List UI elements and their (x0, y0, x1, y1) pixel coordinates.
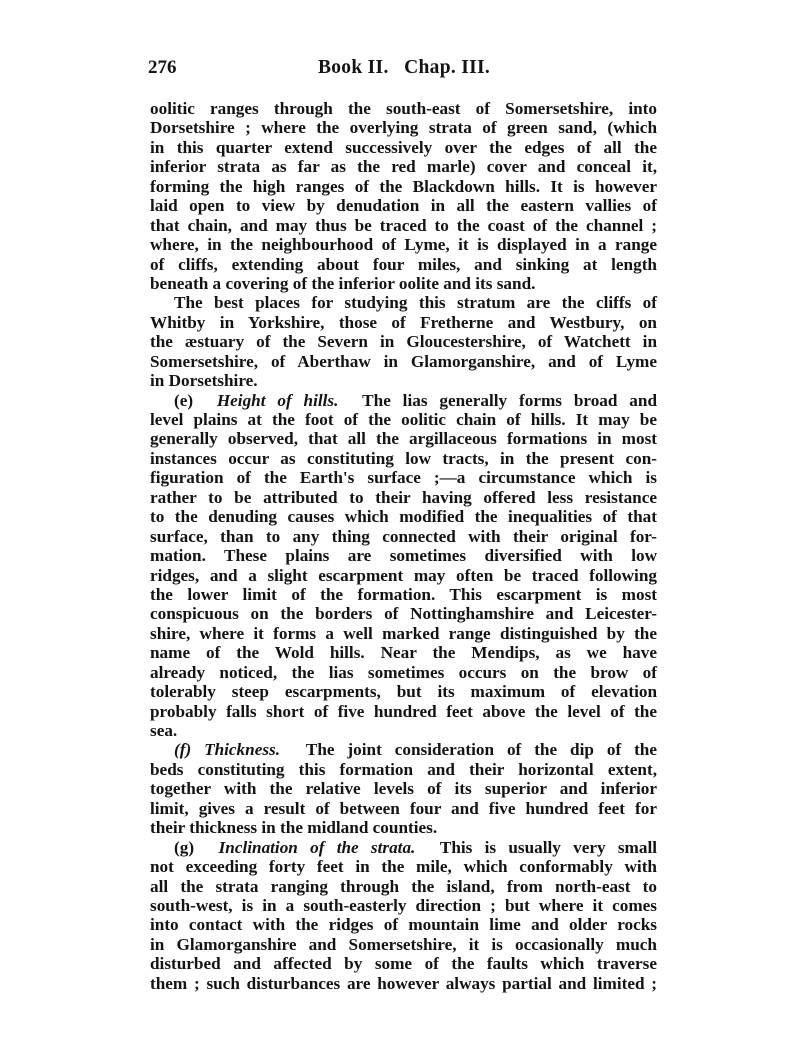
text-line: them ; such disturbances are however alw… (150, 974, 657, 993)
text-line: name of the Wold hills. Near the Mendips… (150, 643, 657, 662)
text-line: in Glamorganshire and Somersetshire, it … (150, 935, 657, 954)
text-line: already noticed, the lias sometimes occu… (150, 663, 657, 682)
section-f-heading-line: (f) Thickness. The joint consideration o… (150, 740, 657, 759)
section-text: The joint consideration of the dip of th… (306, 740, 657, 759)
text-line: Whitby in Yorkshire, those of Fretherne … (150, 313, 657, 332)
text-line: figuration of the Earth's surface ;—a ci… (150, 468, 657, 487)
text-line: not exceeding forty feet in the mile, wh… (150, 857, 657, 876)
book-page: 276 Book II. Chap. III. oolitic ranges t… (0, 0, 800, 1050)
text-line: oolitic ranges through the south-east of… (150, 99, 657, 118)
text-line: beds constituting this formation and the… (150, 760, 657, 779)
text-line: into contact with the ridges of mountain… (150, 915, 657, 934)
section-g-heading-line: (g) Inclination of the strata. This is u… (150, 838, 657, 857)
text-line: mation. These plains are sometimes diver… (150, 546, 657, 565)
text-line: beneath a covering of the inferior oolit… (150, 274, 657, 293)
section-label: (g) (174, 838, 194, 857)
text-line: conspicuous on the borders of Nottingham… (150, 604, 657, 623)
text-line: in this quarter extend successively over… (150, 138, 657, 157)
body-text: oolitic ranges through the south-east of… (150, 99, 657, 993)
text-line: tolerably steep escarpments, but its max… (150, 682, 657, 701)
text-line: all the strata ranging through the islan… (150, 877, 657, 896)
text-line: instances occur as constituting low trac… (150, 449, 657, 468)
section-heading: Inclination of the strata. (219, 838, 416, 857)
section-e-heading-line: (e) Height of hills. The lias generally … (150, 391, 657, 410)
text-line: Dorsetshire ; where the overlying strata… (150, 118, 657, 137)
text-line: rather to be attributed to their having … (150, 488, 657, 507)
text-line: the æstuary of the Severn in Gloucesters… (150, 332, 657, 351)
text-line: of cliffs, extending about four miles, a… (150, 255, 657, 274)
text-line: south-west, is in a south-easterly direc… (150, 896, 657, 915)
section-text: The lias generally forms broad and (362, 391, 657, 410)
text-line: generally observed, that all the argilla… (150, 429, 657, 448)
section-label: (f) (174, 740, 191, 759)
text-line: ridges, and a slight escarpment may ofte… (150, 566, 657, 585)
text-line: inferior strata as far as the red marle)… (150, 157, 657, 176)
text-line: surface, than to any thing connected wit… (150, 527, 657, 546)
text-line: in Dorsetshire. (150, 371, 657, 390)
text-line: the lower limit of the formation. This e… (150, 585, 657, 604)
text-line: probably falls short of five hundred fee… (150, 702, 657, 721)
text-line: that chain, and may thus be traced to th… (150, 216, 657, 235)
section-label: (e) (174, 391, 193, 410)
text-line: level plains at the foot of the oolitic … (150, 410, 657, 429)
text-line: to the denuding causes which modified th… (150, 507, 657, 526)
text-line: laid open to view by denudation in all t… (150, 196, 657, 215)
section-heading: Thickness. (204, 740, 280, 759)
paragraph-start: The best places for studying this stratu… (150, 293, 657, 312)
text-line: together with the relative levels of its… (150, 779, 657, 798)
section-heading: Height of hills. (217, 391, 339, 410)
section-text: This is usually very small (440, 838, 657, 857)
text-line: shire, where it forms a well marked rang… (150, 624, 657, 643)
running-head: 276 Book II. Chap. III. (148, 57, 660, 81)
chapter-title: Book II. Chap. III. (148, 57, 660, 79)
text-line: forming the high ranges of the Blackdown… (150, 177, 657, 196)
text-line: sea. (150, 721, 657, 740)
text-line: their thickness in the midland counties. (150, 818, 657, 837)
text-line: where, in the neighbourhood of Lyme, it … (150, 235, 657, 254)
text-line: Somersetshire, of Aberthaw in Glamorgans… (150, 352, 657, 371)
text-line: limit, gives a result of between four an… (150, 799, 657, 818)
text-line: disturbed and affected by some of the fa… (150, 954, 657, 973)
